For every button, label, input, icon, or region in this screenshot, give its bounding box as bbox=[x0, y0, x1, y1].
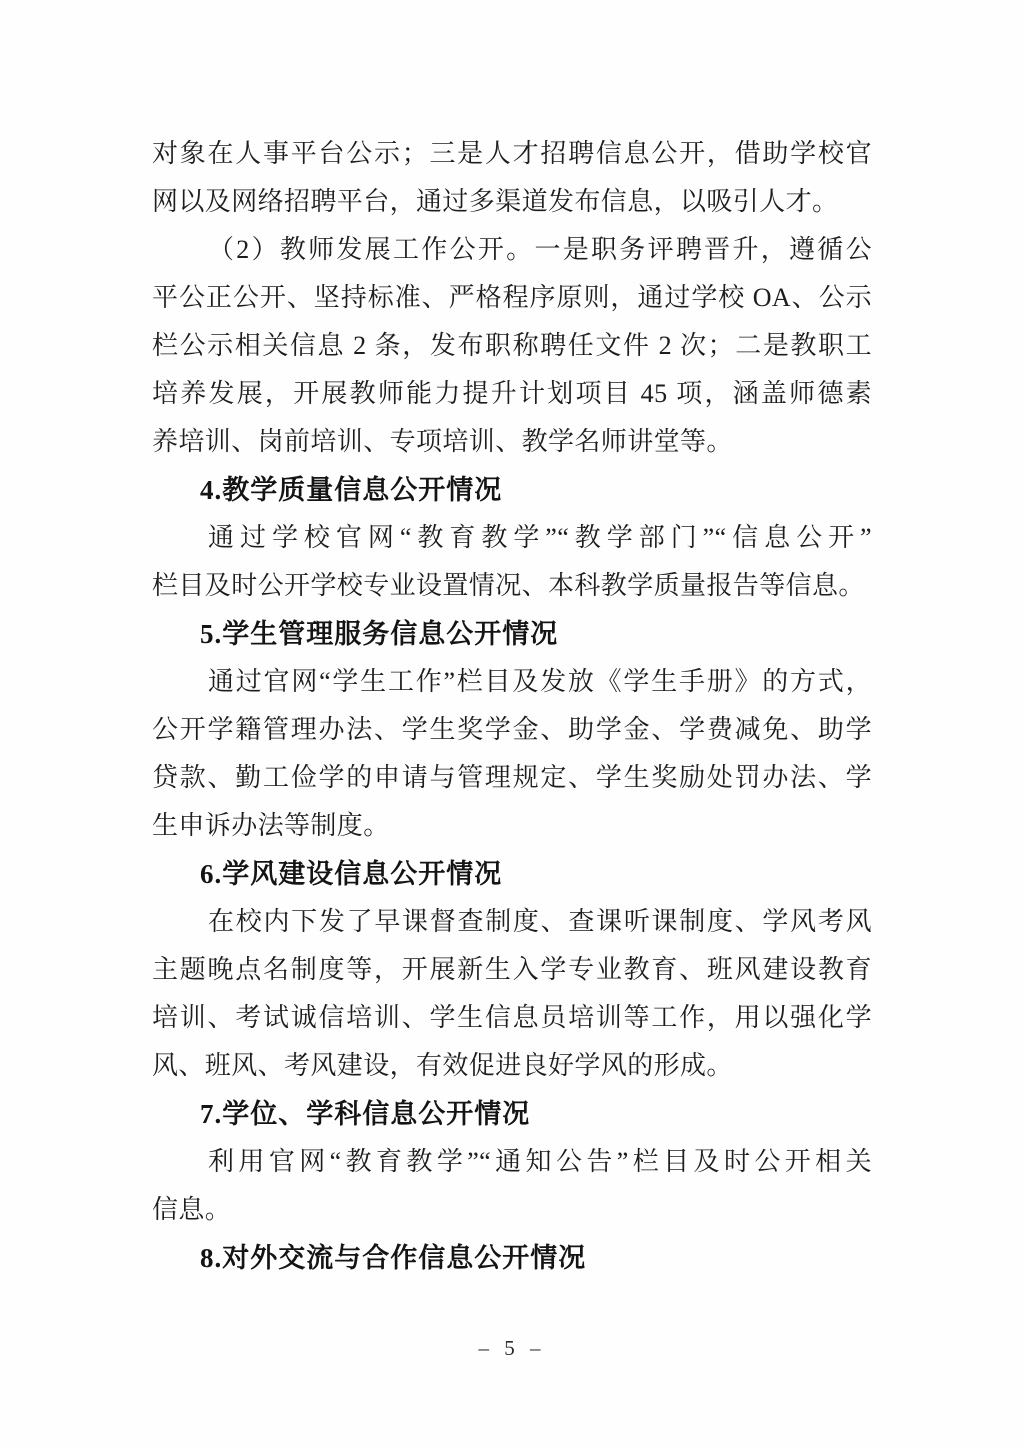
text-line: 生申诉办法等制度。 bbox=[152, 802, 872, 850]
text-line: （2）教师发展工作公开。一是职务评聘晋升，遵循公 bbox=[152, 226, 872, 274]
text-line: 养培训、岗前培训、专项培训、教学名师讲堂等。 bbox=[152, 418, 872, 466]
section-heading: 5.学生管理服务信息公开情况 bbox=[152, 610, 872, 658]
paragraph: 通过官网“学生工作”栏目及发放《学生手册》的方式，公开学籍管理办法、学生奖学金、… bbox=[152, 658, 872, 850]
text-line: 培养发展，开展教师能力提升计划项目 45 项，涵盖师德素 bbox=[152, 370, 872, 418]
text-line: 风、班风、考风建设，有效促进良好学风的形成。 bbox=[152, 1042, 872, 1090]
text-line: 栏目及时公开学校专业设置情况、本科教学质量报告等信息。 bbox=[152, 562, 872, 610]
text-line: 对象在人事平台公示；三是人才招聘信息公开，借助学校官 bbox=[152, 130, 872, 178]
text-line: 在校内下发了早课督查制度、查课听课制度、学风考风 bbox=[152, 898, 872, 946]
paragraph: 通过学校官网“教育教学”“教学部门”“信息公开”栏目及时公开学校专业设置情况、本… bbox=[152, 514, 872, 610]
text-line: 公开学籍管理办法、学生奖学金、助学金、学费减免、助学 bbox=[152, 706, 872, 754]
text-line: 网以及网络招聘平台，通过多渠道发布信息，以吸引人才。 bbox=[152, 178, 872, 226]
page-number: – 5 – bbox=[0, 1336, 1024, 1361]
text-line: 信息。 bbox=[152, 1186, 872, 1234]
text-line: 利用官网“教育教学”“通知公告”栏目及时公开相关 bbox=[152, 1138, 872, 1186]
document-content: 对象在人事平台公示；三是人才招聘信息公开，借助学校官网以及网络招聘平台，通过多渠… bbox=[152, 130, 872, 1282]
text-line: 平公正公开、坚持标准、严格程序原则，通过学校 OA、公示 bbox=[152, 274, 872, 322]
section-heading: 4.教学质量信息公开情况 bbox=[152, 466, 872, 514]
section-heading: 8.对外交流与合作信息公开情况 bbox=[152, 1234, 872, 1282]
text-line: 贷款、勤工俭学的申请与管理规定、学生奖励处罚办法、学 bbox=[152, 754, 872, 802]
text-line: 栏公示相关信息 2 条，发布职称聘任文件 2 次；二是教职工 bbox=[152, 322, 872, 370]
paragraph: 对象在人事平台公示；三是人才招聘信息公开，借助学校官网以及网络招聘平台，通过多渠… bbox=[152, 130, 872, 226]
text-line: 培训、考试诚信培训、学生信息员培训等工作，用以强化学 bbox=[152, 994, 872, 1042]
paragraph: （2）教师发展工作公开。一是职务评聘晋升，遵循公平公正公开、坚持标准、严格程序原… bbox=[152, 226, 872, 466]
paragraph: 在校内下发了早课督查制度、查课听课制度、学风考风主题晚点名制度等，开展新生入学专… bbox=[152, 898, 872, 1090]
text-line: 通过官网“学生工作”栏目及发放《学生手册》的方式， bbox=[152, 658, 872, 706]
document-page: 对象在人事平台公示；三是人才招聘信息公开，借助学校官网以及网络招聘平台，通过多渠… bbox=[0, 0, 1024, 1448]
section-heading: 6.学风建设信息公开情况 bbox=[152, 850, 872, 898]
text-line: 通过学校官网“教育教学”“教学部门”“信息公开” bbox=[152, 514, 872, 562]
section-heading: 7.学位、学科信息公开情况 bbox=[152, 1090, 872, 1138]
paragraph: 利用官网“教育教学”“通知公告”栏目及时公开相关信息。 bbox=[152, 1138, 872, 1234]
text-line: 主题晚点名制度等，开展新生入学专业教育、班风建设教育 bbox=[152, 946, 872, 994]
